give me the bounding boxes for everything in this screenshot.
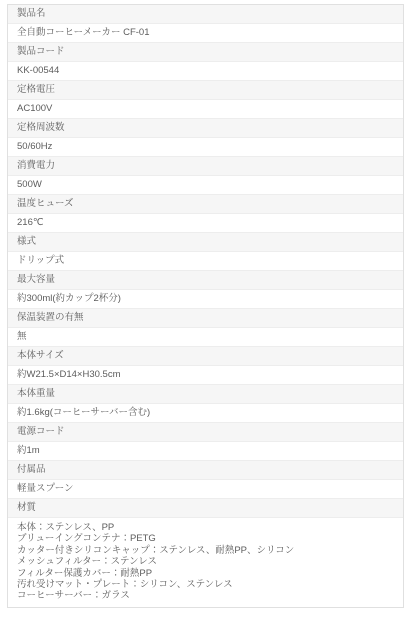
spec-value-row: 500W <box>8 176 403 195</box>
spec-label-row: 様式 <box>8 233 403 252</box>
spec-label-row: 定格周波数 <box>8 119 403 138</box>
spec-value: 約W21.5×D14×H30.5cm <box>17 369 121 380</box>
spec-value-row: 216℃ <box>8 214 403 233</box>
spec-label-row: 付属品 <box>8 461 403 480</box>
spec-value-row: AC100V <box>8 100 403 119</box>
material-line: メッシュフィルター：ステンレス <box>17 556 397 567</box>
spec-label: 保温装置の有無 <box>17 312 84 323</box>
spec-value: 無 <box>17 331 27 342</box>
spec-value-row: 無 <box>8 328 403 347</box>
spec-label: 製品コード <box>17 46 65 57</box>
spec-label-row: 材質 <box>8 499 403 518</box>
spec-label: 本体重量 <box>17 388 55 399</box>
spec-label: 電源コード <box>17 426 65 437</box>
spec-value-row: 全自動コーヒーメーカー CF-01 <box>8 24 403 43</box>
spec-label: 本体サイズ <box>17 350 64 361</box>
spec-value-row: KK-00544 <box>8 62 403 81</box>
material-line: カッター付きシリコンキャップ：ステンレス、耐熱PP、シリコン <box>17 545 397 556</box>
spec-value: 216℃ <box>17 217 44 228</box>
material-line: コーヒーサーバー：ガラス <box>17 590 397 601</box>
spec-label: 様式 <box>17 236 36 247</box>
spec-label-row: 保温装置の有無 <box>8 309 403 328</box>
spec-label-row: 製品名 <box>8 5 403 24</box>
spec-value: 約300ml(約カップ2杯分) <box>17 293 121 304</box>
spec-value-row: 50/60Hz <box>8 138 403 157</box>
spec-value: 500W <box>17 179 42 190</box>
material-line: 本体：ステンレス、PP <box>17 522 397 533</box>
spec-label-row: 最大容量 <box>8 271 403 290</box>
spec-label: 材質 <box>17 502 36 513</box>
spec-label-row: 温度ヒューズ <box>8 195 403 214</box>
spec-label-row: 電源コード <box>8 423 403 442</box>
spec-label-row: 定格電圧 <box>8 81 403 100</box>
spec-value: 約1.6kg(コーヒーサーバー含む) <box>17 407 150 418</box>
spec-value-row: 軽量スプーン <box>8 480 403 499</box>
spec-value: 50/60Hz <box>17 141 52 152</box>
spec-value: 軽量スプーン <box>17 483 74 494</box>
spec-value-row: 約W21.5×D14×H30.5cm <box>8 366 403 385</box>
material-line: ブリューイングコンテナ：PETG <box>17 533 397 544</box>
spec-label: 付属品 <box>17 464 46 475</box>
spec-value: ドリップ式 <box>17 255 64 266</box>
spec-label: 製品名 <box>17 8 46 19</box>
spec-value: 約1m <box>17 445 40 456</box>
spec-value: 全自動コーヒーメーカー CF-01 <box>17 27 150 38</box>
spec-label-row: 本体重量 <box>8 385 403 404</box>
spec-label: 消費電力 <box>17 160 55 171</box>
spec-value-row: 約1.6kg(コーヒーサーバー含む) <box>8 404 403 423</box>
material-line: フィルター保護カバー：耐熱PP <box>17 568 397 579</box>
spec-label: 温度ヒューズ <box>17 198 74 209</box>
spec-value-row-materials: 本体：ステンレス、PP ブリューイングコンテナ：PETG カッター付きシリコンキ… <box>8 518 403 607</box>
spec-value: AC100V <box>17 103 52 114</box>
spec-label: 最大容量 <box>17 274 55 285</box>
spec-label: 定格電圧 <box>17 84 55 95</box>
spec-label-row: 本体サイズ <box>8 347 403 366</box>
spec-value: KK-00544 <box>17 65 59 76</box>
spec-label: 定格周波数 <box>17 122 65 133</box>
spec-label-row: 製品コード <box>8 43 403 62</box>
material-line: 汚れ受けマット・プレート：シリコン、ステンレス <box>17 579 397 590</box>
spec-value-row: 約300ml(約カップ2杯分) <box>8 290 403 309</box>
product-spec-table: 製品名 全自動コーヒーメーカー CF-01 製品コード KK-00544 定格電… <box>7 4 404 608</box>
spec-label-row: 消費電力 <box>8 157 403 176</box>
spec-value-row: ドリップ式 <box>8 252 403 271</box>
spec-value-row: 約1m <box>8 442 403 461</box>
